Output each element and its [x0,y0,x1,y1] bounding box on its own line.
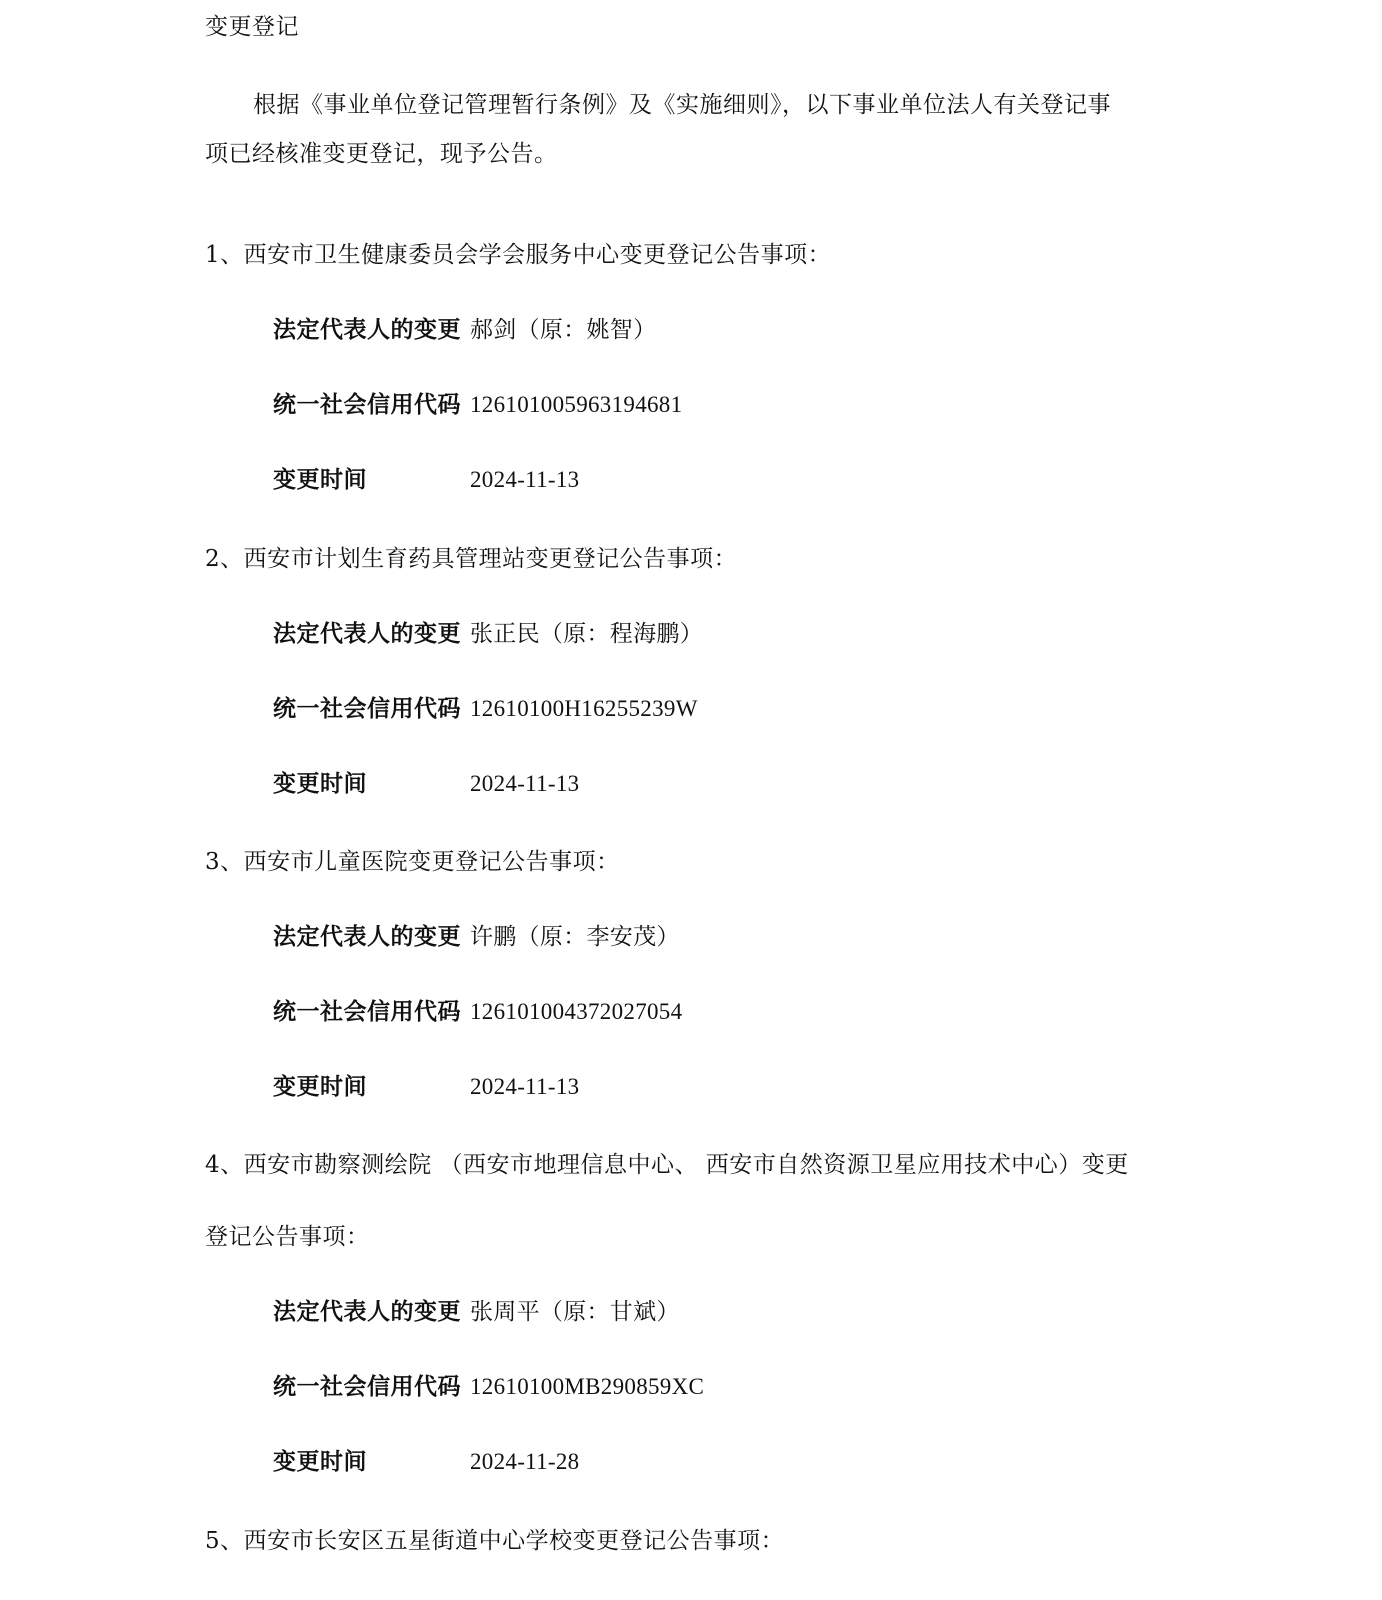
entry-2-change-date-row: 变更时间 2024-11-13 [273,769,579,799]
credit-code-value: 126101005963194681 [470,390,682,420]
credit-code-label: 统一社会信用代码 [273,1372,470,1402]
entry-1-credit-code-row: 统一社会信用代码 126101005963194681 [273,390,682,420]
credit-code-label: 统一社会信用代码 [273,694,470,724]
legal-rep-label: 法定代表人的变更 [273,315,470,345]
entry-3-credit-code-row: 统一社会信用代码 126101004372027054 [273,997,682,1027]
change-date-label: 变更时间 [273,465,470,495]
intro-paragraph-line-1: 根据《事业单位登记管理暂行条例》及《实施细则》，以下事业单位法人有关登记事 [253,90,1111,120]
entry-2-heading: 2、西安市计划生育药具管理站变更登记公告事项： [205,544,737,574]
entry-4-heading: 4、西安市勘察测绘院 （西安市地理信息中心、 西安市自然资源卫星应用技术中心）变… [205,1150,1129,1180]
credit-code-value: 12610100MB290859XC [470,1372,704,1402]
credit-code-value: 12610100H16255239W [470,694,698,724]
entry-4-change-date-row: 变更时间 2024-11-28 [273,1447,579,1477]
entry-1-heading: 1、西安市卫生健康委员会学会服务中心变更登记公告事项： [205,240,831,270]
credit-code-label: 统一社会信用代码 [273,997,470,1027]
legal-rep-value: 郝剑（原：姚智） [470,315,656,345]
change-date-value: 2024-11-13 [470,465,579,495]
entry-4-heading-continued: 登记公告事项： [205,1222,370,1252]
entry-4-legal-rep-row: 法定代表人的变更 张周平（原：甘斌） [273,1297,680,1327]
entry-1-legal-rep-row: 法定代表人的变更 郝剑（原：姚智） [273,315,656,345]
entry-1-change-date-row: 变更时间 2024-11-13 [273,465,579,495]
change-date-value: 2024-11-13 [470,769,579,799]
intro-paragraph-line-2: 项已经核准变更登记，现予公告。 [205,139,558,169]
credit-code-value: 126101004372027054 [470,997,682,1027]
entry-3-legal-rep-row: 法定代表人的变更 许鹏（原：李安茂） [273,922,680,952]
entry-2-credit-code-row: 统一社会信用代码 12610100H16255239W [273,694,698,724]
change-date-label: 变更时间 [273,1447,470,1477]
document-title: 变更登记 [205,12,299,42]
legal-rep-value: 张周平（原：甘斌） [470,1297,680,1327]
legal-rep-value: 许鹏（原：李安茂） [470,922,680,952]
entry-3-heading: 3、西安市儿童医院变更登记公告事项： [205,847,620,877]
legal-rep-label: 法定代表人的变更 [273,619,470,649]
change-date-label: 变更时间 [273,1072,470,1102]
legal-rep-label: 法定代表人的变更 [273,1297,470,1327]
legal-rep-value: 张正民（原：程海鹏） [470,619,703,649]
change-date-value: 2024-11-13 [470,1072,579,1102]
change-date-value: 2024-11-28 [470,1447,579,1477]
entry-2-legal-rep-row: 法定代表人的变更 张正民（原：程海鹏） [273,619,703,649]
credit-code-label: 统一社会信用代码 [273,390,470,420]
entry-3-change-date-row: 变更时间 2024-11-13 [273,1072,579,1102]
entry-4-credit-code-row: 统一社会信用代码 12610100MB290859XC [273,1372,704,1402]
entry-5-heading: 5、西安市长安区五星街道中心学校变更登记公告事项： [205,1526,784,1556]
document-page: 变更登记 根据《事业单位登记管理暂行条例》及《实施细则》，以下事业单位法人有关登… [0,0,1382,1600]
change-date-label: 变更时间 [273,769,470,799]
legal-rep-label: 法定代表人的变更 [273,922,470,952]
